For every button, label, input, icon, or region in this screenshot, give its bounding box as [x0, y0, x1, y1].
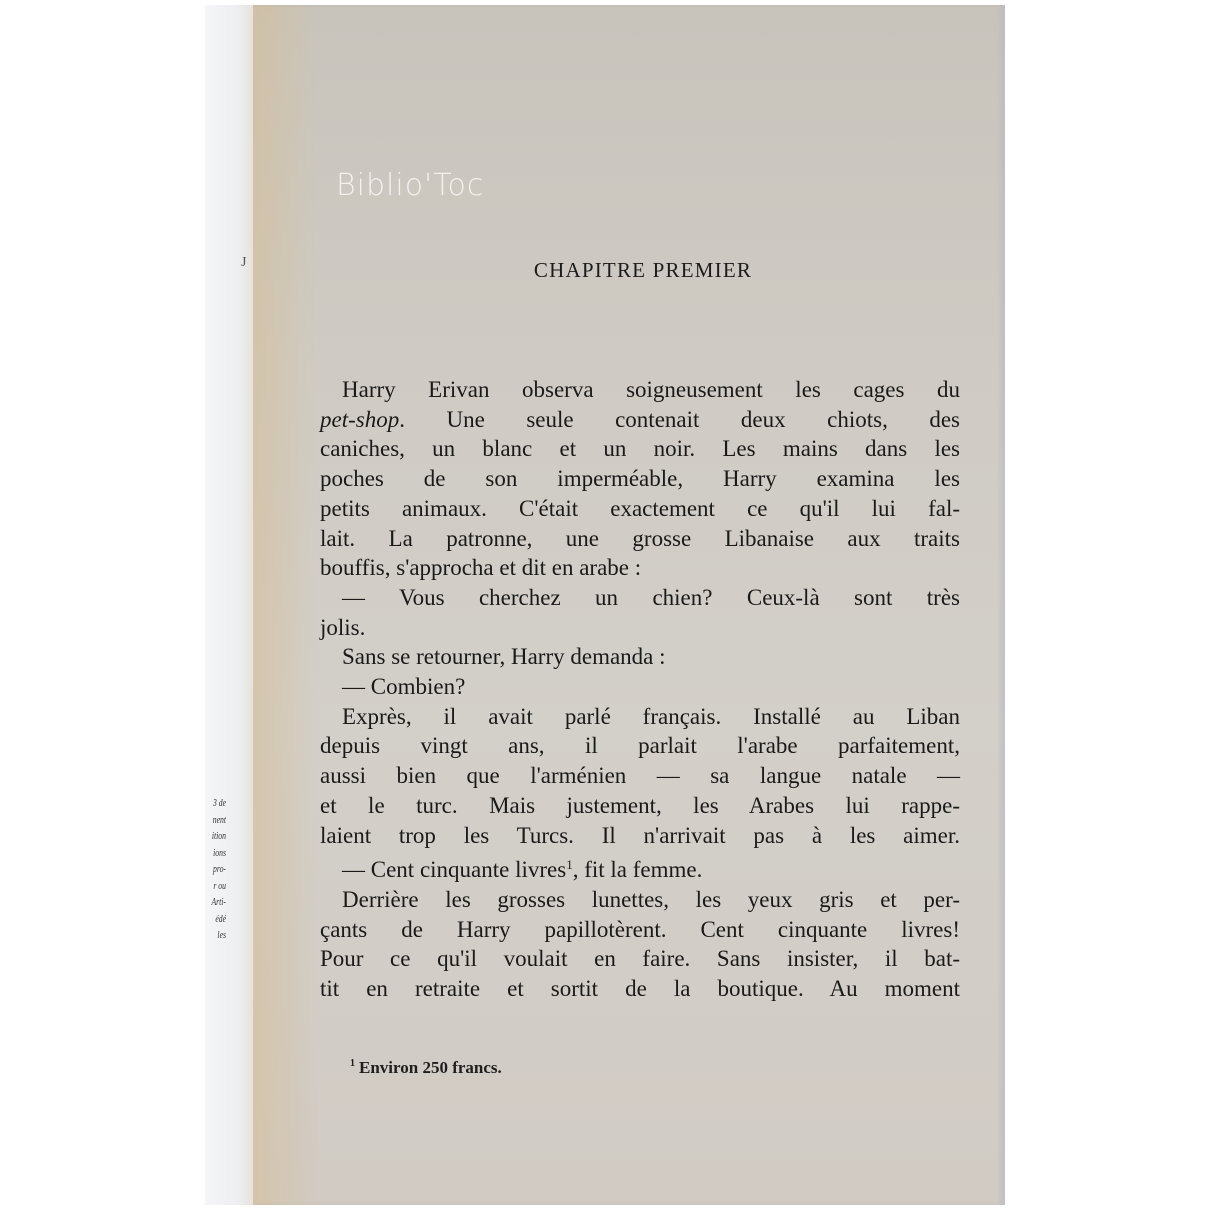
text-line: Exprès, il avait parlé français. Install… — [320, 702, 960, 732]
text-line: et le turc. Mais justement, les Arabes l… — [320, 791, 960, 821]
text-line: çants de Harry papillotèrent. Cent cinqu… — [320, 915, 960, 945]
text-line: — Cent cinquante livres1, fit la femme. — [320, 850, 960, 885]
text-line: — Combien? — [320, 672, 960, 702]
adjacent-page-mark: J — [241, 255, 246, 271]
chapter-title: CHAPITRE PREMIER — [253, 258, 1005, 283]
page-edge — [997, 5, 1005, 1205]
footnote-text: Environ 250 francs. — [359, 1058, 502, 1077]
text-line: lait. La patronne, une grosse Libanaise … — [320, 524, 960, 554]
text-line: tit en retraite et sortit de la boutique… — [320, 974, 960, 1004]
footnote-marker: 1 — [350, 1058, 355, 1069]
text-line: jolis. — [320, 613, 960, 643]
text-line: Pour ce qu'il voulait en faire. Sans ins… — [320, 944, 960, 974]
body-text: Harry Erivan observa soigneusement les c… — [320, 375, 960, 1004]
text-line: depuis vingt ans, il parlait l'arabe par… — [320, 731, 960, 761]
text-line: petits animaux. C'était exactement ce qu… — [320, 494, 960, 524]
text-line: laient trop les Turcs. Il n'arrivait pas… — [320, 821, 960, 851]
watermark: Biblio'Toc — [336, 168, 484, 203]
italic-term: pet-shop — [320, 407, 399, 432]
adjacent-page: J 3 de nent ition ions pro- r ou Arti- é… — [205, 5, 253, 1205]
adjacent-page-cut-text: 3 de nent ition ions pro- r ou Arti- édé… — [205, 795, 226, 944]
text-line: poches de son imperméable, Harry examina… — [320, 464, 960, 494]
text-line: bouffis, s'approcha et dit en arabe : — [320, 553, 960, 583]
text-line: — Vous cherchez un chien? Ceux-là sont t… — [320, 583, 960, 613]
text-line: Sans se retourner, Harry demanda : — [320, 642, 960, 672]
footnote: 1Environ 250 francs. — [350, 1058, 502, 1078]
text-line: aussi bien que l'arménien — sa langue na… — [320, 761, 960, 791]
text-line: Derrière les grosses lunettes, les yeux … — [320, 885, 960, 915]
text-line: Harry Erivan observa soigneusement les c… — [320, 375, 960, 405]
text-line: caniches, un blanc et un noir. Les mains… — [320, 434, 960, 464]
footnote-reference: 1 — [566, 857, 573, 872]
book-page-photo: J 3 de nent ition ions pro- r ou Arti- é… — [205, 5, 1005, 1205]
book-page: Biblio'Toc CHAPITRE PREMIER Harry Erivan… — [253, 5, 1005, 1205]
text-line: pet-shop. Une seule contenait deux chiot… — [320, 405, 960, 435]
